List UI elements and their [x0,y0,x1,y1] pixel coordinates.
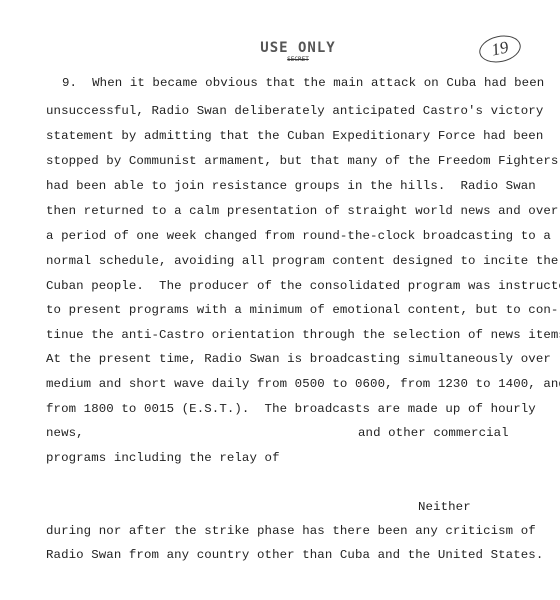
text-line: unsuccessful, Radio Swan deliberately an… [46,104,543,118]
text-line: a period of one week changed from round-… [46,229,551,243]
text-line: to present programs with a minimum of em… [46,303,558,317]
text-line: Cuban people. The producer of the consol… [46,279,560,293]
text-line: news, [46,426,84,440]
document-page: USE ONLY SECRET 19 9. When it became obv… [0,0,560,600]
classification-stamp: USE ONLY SECRET [253,40,343,63]
text-line: then returned to a calm presentation of … [46,204,558,218]
text-line: At the present time, Radio Swan is broad… [46,352,551,366]
text-line: from 1800 to 0015 (E.S.T.). The broadcas… [46,402,536,416]
stamp-sub-text: SECRET [253,57,343,63]
text-line: programs including the relay of [46,451,280,465]
text-line: 9. When it became obvious that the main … [62,76,544,90]
text-line: normal schedule, avoiding all program co… [46,254,558,268]
page-number: 19 [477,32,523,66]
text-line: and other commercial [358,426,509,440]
stamp-main-text: USE ONLY [253,40,343,56]
text-line: Radio Swan from any country other than C… [46,548,543,562]
text-line: stopped by Communist armament, but that … [46,154,558,168]
text-line: Neither [418,500,471,514]
text-line: statement by admitting that the Cuban Ex… [46,129,543,143]
text-line: during nor after the strike phase has th… [46,524,536,538]
text-line: had been able to join resistance groups … [46,179,536,193]
text-line: tinue the anti-Castro orientation throug… [46,328,560,342]
text-line: medium and short wave daily from 0500 to… [46,377,560,391]
